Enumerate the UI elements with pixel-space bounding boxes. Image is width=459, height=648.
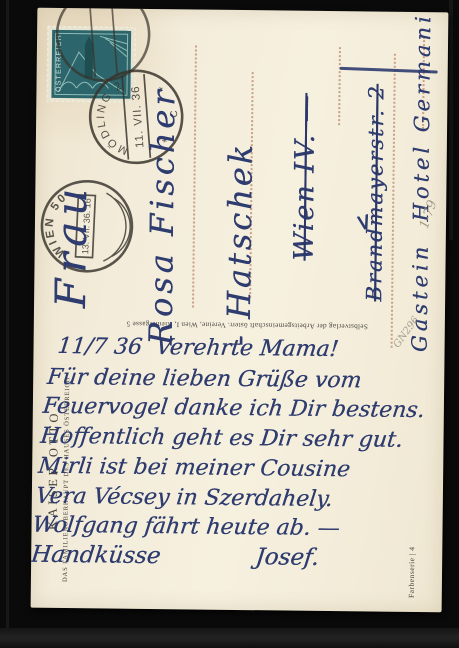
address-honorific: Frau xyxy=(46,183,96,309)
postcard-back: KAISER OTTO DAS FAMILIENOBERHAUPT DES HA… xyxy=(31,8,449,613)
message-line: Feuervogel danke ich Dir bestens. xyxy=(41,394,426,423)
message-line: 11/7 36 Verehrte Mama! xyxy=(56,334,340,362)
scanner-edge-line xyxy=(449,0,453,240)
message-line: Vera Vécsey in Szerdahely. xyxy=(34,484,334,512)
address-line-street-struck: Brandmayerstr. 2 xyxy=(362,84,388,302)
address-line-city-struck: Wien IV. — xyxy=(289,93,322,261)
address-line-name: Rosa Fischer xyxy=(142,86,183,345)
address-ruling-line xyxy=(338,47,341,125)
address-ruling-line xyxy=(391,54,396,348)
postcard-scan: KAISER OTTO DAS FAMILIENOBERHAUPT DES HA… xyxy=(0,0,459,648)
address-line-surname: - Hatschek xyxy=(220,142,260,347)
scanner-bottom-strip xyxy=(0,628,459,648)
message-signature-line: Handküsse Josef. xyxy=(31,542,321,571)
series-note: Farbenserie | 4 xyxy=(407,546,417,598)
scanner-edge-line xyxy=(6,0,9,648)
address-line-forwarding: Gastein Hotel Germania xyxy=(408,8,436,352)
address-ruling-line xyxy=(192,45,197,307)
publisher-imprint: Selbstverlag der Arbeitsgemeinschaft öst… xyxy=(38,319,368,331)
message-line: Wolfgang fährt heute ab. — xyxy=(31,513,341,541)
message-line: Für deine lieben Grüße vom xyxy=(46,365,363,394)
message-line: Hoffentlich geht es Dir sehr gut. xyxy=(39,424,404,453)
message-line: Mirli ist bei meiner Cousine xyxy=(37,454,352,483)
